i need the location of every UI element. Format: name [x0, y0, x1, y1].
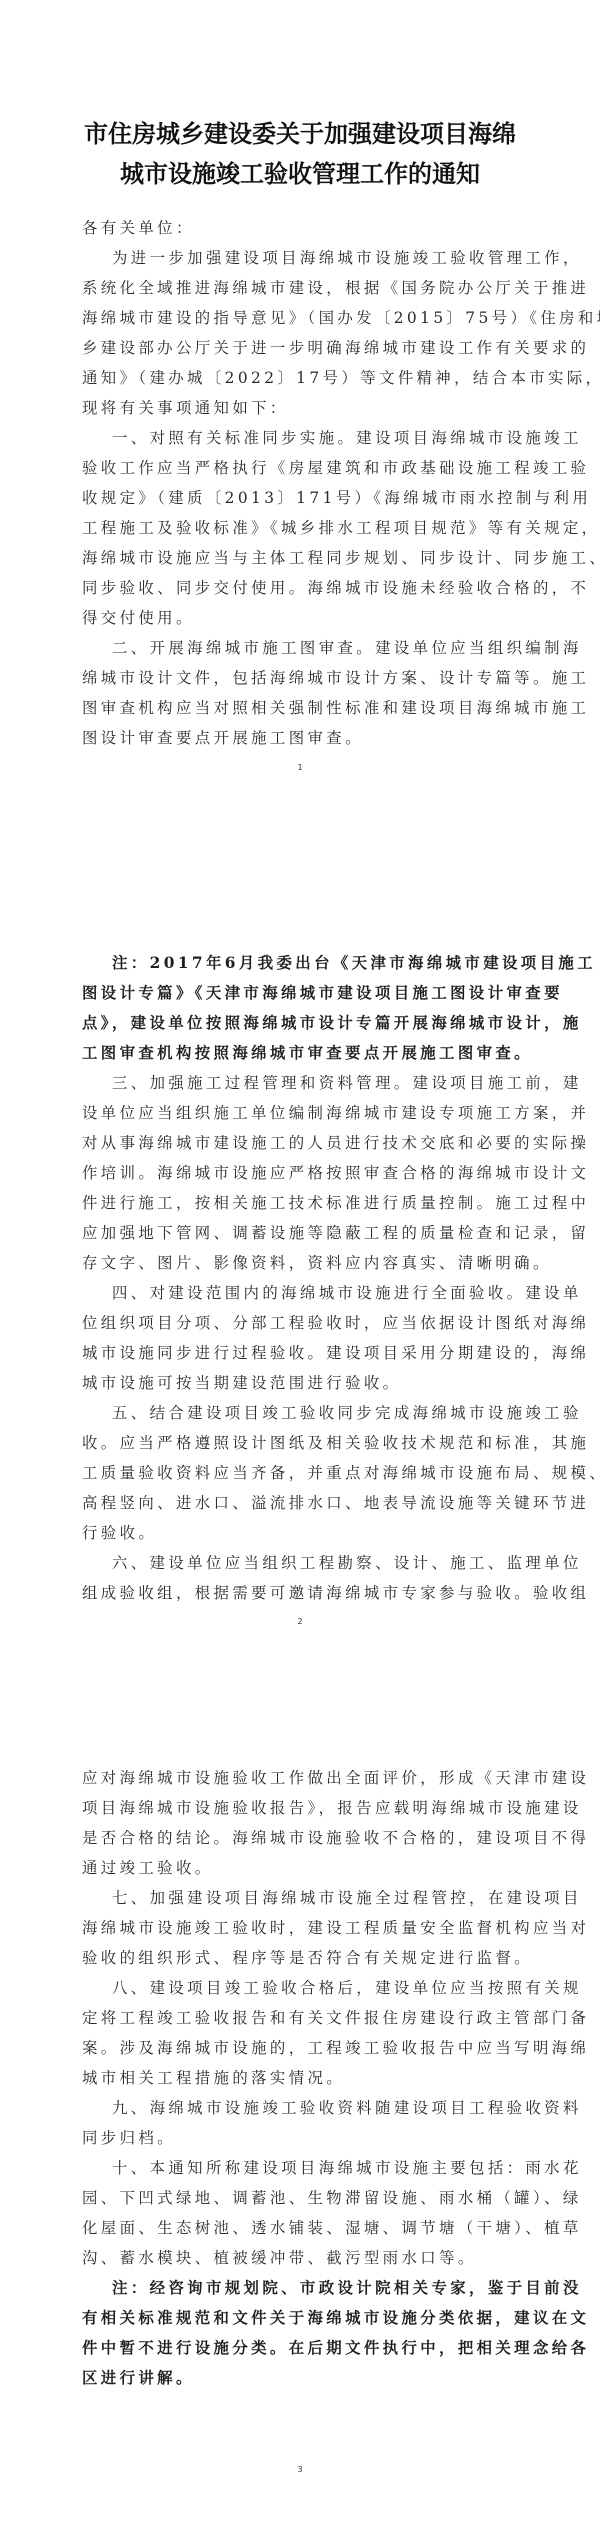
document-title-line-1: 市住房城乡建设委关于加强建设项目海绵 [0, 120, 600, 148]
note-line: 工图审查机构按照海绵城市审查要点开展施工图审查。 [82, 1043, 522, 1063]
paragraph-line: 是否合格的结论。海绵城市设施验收不合格的，建设项目不得 [82, 1828, 522, 1848]
paragraph-line: 九、海绵城市设施竣工验收资料随建设项目工程验收资料 [112, 2098, 522, 2118]
paragraph-line: 件进行施工，按相关施工技术标准进行质量控制。施工过程中 [82, 1193, 522, 1213]
paragraph-line: 化屋面、生态树池、透水铺装、湿塘、调节塘（干塘）、植草 [82, 2218, 522, 2238]
paragraph-line: 二、开展海绵城市施工图审查。建设单位应当组织编制海 [112, 638, 522, 658]
paragraph-line: 定将工程竣工验收报告和有关文件报住房建设行政主管部门备 [82, 2008, 522, 2028]
note-line: 图设计专篇》《天津市海绵城市建设项目施工图设计审查要 [82, 983, 522, 1003]
paragraph-line: 绵城市设计文件，包括海绵城市设计方案、设计专篇等。施工 [82, 668, 522, 688]
paragraph-line: 通知》（建办城〔2022〕17号）等文件精神，结合本市实际， [82, 368, 522, 388]
paragraph-line: 园、下凹式绿地、调蓄池、生物滞留设施、雨水桶（罐）、绿 [82, 2188, 522, 2208]
paragraph-line: 存文字、图片、影像资料，资料应内容真实、清晰明确。 [82, 1253, 522, 1273]
paragraph-line: 海绵城市建设的指导意见》（国办发〔2015〕75号）《住房和城 [82, 308, 522, 328]
page-number: 3 [0, 2465, 600, 2474]
paragraph-line: 设单位应当组织施工单位编制海绵城市建设专项施工方案，并 [82, 1103, 522, 1123]
paragraph-line: 应对海绵城市设施验收工作做出全面评价，形成《天津市建设 [82, 1768, 522, 1788]
page-number: 2 [0, 1617, 600, 1626]
paragraph-line: 应加强地下管网、调蓄设施等隐蔽工程的质量检查和记录，留 [82, 1223, 522, 1243]
paragraph-line: 工程施工及验收标准》《城乡排水工程项目规范》等有关规定， [82, 518, 522, 538]
paragraph-line: 七、加强建设项目海绵城市设施全过程管控，在建设项目 [112, 1888, 522, 1908]
paragraph-line: 作培训。海绵城市设施应严格按照审查合格的海绵城市设计文 [82, 1163, 522, 1183]
paragraph-line: 海绵城市设施竣工验收时，建设工程质量安全监督机构应当对 [82, 1918, 522, 1938]
paragraph-line: 三、加强施工过程管理和资料管理。建设项目施工前，建 [112, 1073, 522, 1093]
note-line: 件中暂不进行设施分类。在后期文件执行中，把相关理念给各 [82, 2338, 522, 2358]
paragraph-line: 各有关单位： [82, 218, 522, 238]
paragraph-line: 六、建设单位应当组织工程勘察、设计、施工、监理单位 [112, 1553, 522, 1573]
paragraph-line: 行验收。 [82, 1523, 522, 1543]
paragraph-line: 验收的组织形式、程序等是否符合有关规定进行监督。 [82, 1948, 522, 1968]
paragraph-line: 图设计审查要点开展施工图审查。 [82, 728, 522, 748]
paragraph-line: 案。涉及海绵城市设施的，工程竣工验收报告中应当写明海绵 [82, 2038, 522, 2058]
page-number: 1 [0, 763, 600, 772]
paragraph-line: 对从事海绵城市建设施工的人员进行技术交底和必要的实际操 [82, 1133, 522, 1153]
paragraph-line: 验收工作应当严格执行《房屋建筑和市政基础设施工程竣工验 [82, 458, 522, 478]
paragraph-line: 通过竣工验收。 [82, 1858, 522, 1878]
note-line: 有相关标准规范和文件关于海绵城市设施分类依据，建议在文 [82, 2308, 522, 2328]
paragraph-line: 系统化全域推进海绵城市建设，根据《国务院办公厅关于推进 [82, 278, 522, 298]
paragraph-line: 高程竖向、进水口、溢流排水口、地表导流设施等关键环节进 [82, 1493, 522, 1513]
note-line: 注：2017年6月我委出台《天津市海绵城市建设项目施工 [112, 953, 522, 973]
paragraph-line: 图审查机构应当对照相关强制性标准和建设项目海绵城市施工 [82, 698, 522, 718]
note-line: 区进行讲解。 [82, 2368, 522, 2388]
paragraph-line: 现将有关事项通知如下： [82, 398, 522, 418]
paragraph-line: 乡建设部办公厅关于进一步明确海绵城市建设工作有关要求的 [82, 338, 522, 358]
paragraph-line: 为进一步加强建设项目海绵城市设施竣工验收管理工作， [112, 248, 522, 268]
paragraph-line: 收规定》（建质〔2013〕171号）《海绵城市雨水控制与利用 [82, 488, 522, 508]
paragraph-line: 十、本通知所称建设项目海绵城市设施主要包括：雨水花 [112, 2158, 522, 2178]
paragraph-line: 沟、蓄水模块、植被缓冲带、截污型雨水口等。 [82, 2248, 522, 2268]
paragraph-line: 城市设施可按当期建设范围进行验收。 [82, 1373, 522, 1393]
note-line: 注：经咨询市规划院、市政设计院相关专家，鉴于目前没 [112, 2278, 522, 2298]
document-title-line-2: 城市设施竣工验收管理工作的通知 [0, 160, 600, 188]
paragraph-line: 城市设施同步进行过程验收。建设项目采用分期建设的，海绵 [82, 1343, 522, 1363]
paragraph-line: 收。应当严格遵照设计图纸及相关验收技术规范和标准，其施 [82, 1433, 522, 1453]
paragraph-line: 一、对照有关标准同步实施。建设项目海绵城市设施竣工 [112, 428, 522, 448]
paragraph-line: 四、对建设范围内的海绵城市设施进行全面验收。建设单 [112, 1283, 522, 1303]
paragraph-line: 工质量验收资料应当齐备，并重点对海绵城市设施布局、规模、 [82, 1463, 522, 1483]
paragraph-line: 位组织项目分项、分部工程验收时，应当依据设计图纸对海绵 [82, 1313, 522, 1333]
note-line: 点》，建设单位按照海绵城市设计专篇开展海绵城市设计，施 [82, 1013, 522, 1033]
paragraph-line: 海绵城市设施应当与主体工程同步规划、同步设计、同步施工、 [82, 548, 522, 568]
paragraph-line: 八、建设项目竣工验收合格后，建设单位应当按照有关规 [112, 1978, 522, 1998]
paragraph-line: 同步归档。 [82, 2128, 522, 2148]
paragraph-line: 项目海绵城市设施验收报告》，报告应载明海绵城市设施建设 [82, 1798, 522, 1818]
paragraph-line: 五、结合建设项目竣工验收同步完成海绵城市设施竣工验 [112, 1403, 522, 1423]
paragraph-line: 同步验收、同步交付使用。海绵城市设施未经验收合格的，不 [82, 578, 522, 598]
paragraph-line: 得交付使用。 [82, 608, 522, 628]
paragraph-line: 城市相关工程措施的落实情况。 [82, 2068, 522, 2088]
paragraph-line: 组成验收组，根据需要可邀请海绵城市专家参与验收。验收组 [82, 1583, 522, 1603]
